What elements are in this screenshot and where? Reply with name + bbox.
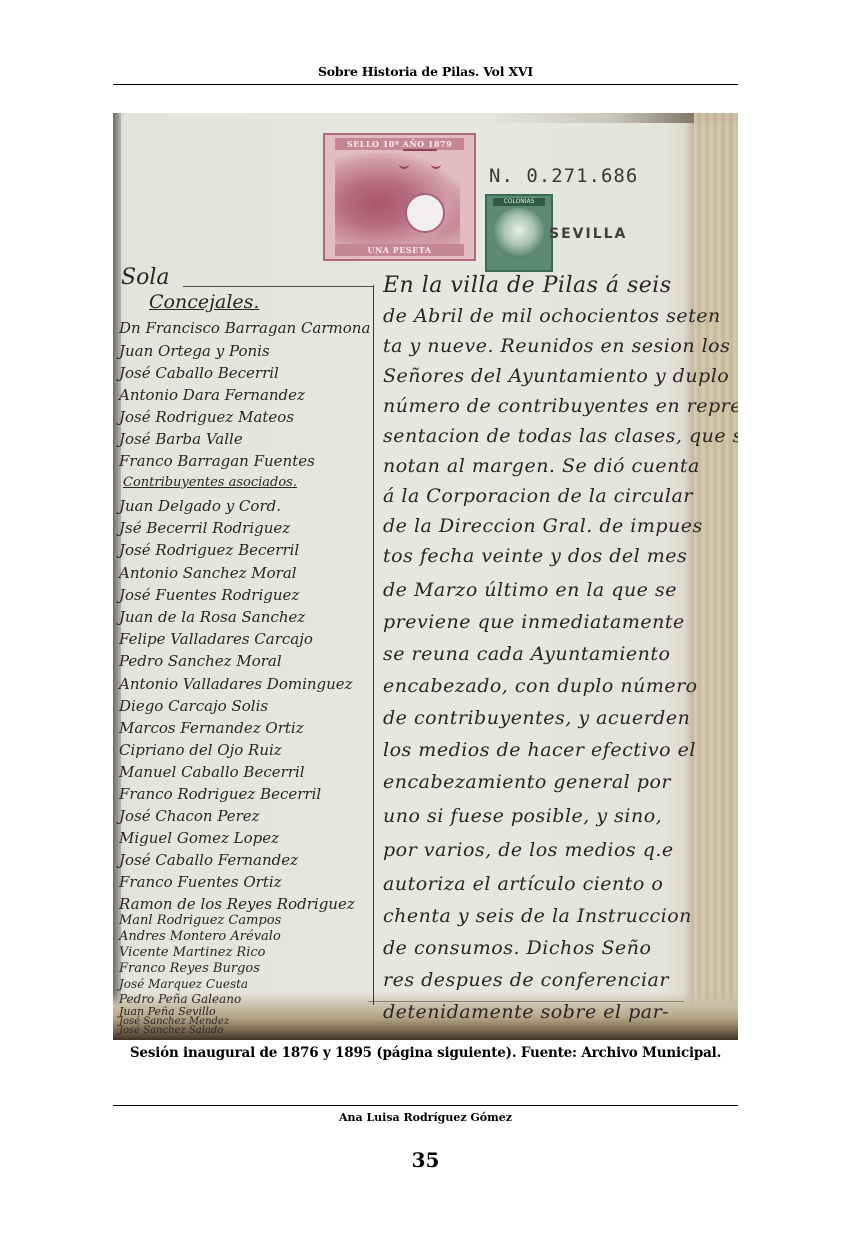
list-item: Juan Ortega y Ponis	[119, 342, 270, 360]
list-item: José Fuentes Rodriguez	[119, 586, 299, 604]
list-item: José Sanchez Salado	[119, 1025, 223, 1036]
minutes-line: chenta y seis de la Instruccion	[383, 905, 692, 927]
list-item: José Chacon Perez	[119, 807, 260, 825]
minutes-line: por varios, de los medios q.e	[383, 839, 674, 861]
minutes-line: Señores del Ayuntamiento y duplo	[383, 365, 729, 387]
minutes-line: encabezado, con duplo número	[383, 675, 698, 697]
list-item: Antonio Dara Fernandez	[119, 386, 305, 404]
list-item: Felipe Valladares Carcajo	[119, 630, 313, 648]
list-item: Diego Carcajo Solis	[119, 697, 268, 715]
stamp-punch-hole	[405, 193, 445, 233]
list-item: Ramon de los Reyes Rodriguez	[119, 895, 355, 913]
list-item: Cipriano del Ojo Ruiz	[119, 741, 282, 759]
list-item: Miguel Gomez Lopez	[119, 829, 279, 847]
scales-of-justice-icon	[403, 149, 437, 177]
minutes-line: de Abril de mil ochocientos seten	[383, 305, 721, 327]
list-item: José Caballo Becerril	[119, 364, 279, 382]
postmark-text: SEVILLA	[549, 226, 627, 242]
list-item: Andres Montero Arévalo	[119, 929, 281, 944]
green-postage-stamp: COLONIAS	[485, 194, 553, 272]
list-item: Franco Reyes Burgos	[119, 961, 260, 976]
list-item: Pedro Sanchez Moral	[119, 652, 282, 670]
figure-caption: Sesión inaugural de 1876 y 1895 (página …	[113, 1045, 738, 1061]
list-item: Pedro Peña Galeano	[119, 992, 241, 1006]
page-number: 35	[113, 1148, 738, 1172]
justice-figure-icon	[335, 153, 460, 245]
minutes-line: de consumos. Dichos Seño	[383, 937, 651, 959]
photo-top-shadow	[113, 113, 738, 123]
footer-rule	[113, 1105, 738, 1106]
list-item: Dn Francisco Barragan Carmona	[119, 319, 370, 337]
manuscript-photo: SELLO 10º AÑO 1879 UNA PESETA N. 0.271.6…	[113, 113, 738, 1040]
green-stamp-label: COLONIAS	[493, 198, 545, 206]
margin-vertical-rule	[373, 285, 374, 1005]
list-item: Antonio Sanchez Moral	[119, 564, 297, 582]
list-item: Jsé Becerril Rodriguez	[119, 519, 290, 537]
minutes-line: sentacion de todas las clases, que se	[383, 425, 738, 447]
minutes-line: previene que inmediatamente	[383, 611, 685, 633]
stamp-top-label: SELLO 10º AÑO 1879	[335, 138, 464, 150]
contributors-heading: Contribuyentes asociados.	[123, 475, 297, 490]
minutes-line: detenidamente sobre el par-	[383, 1001, 669, 1023]
list-item: José Caballo Fernandez	[119, 851, 298, 869]
list-item: Vicente Martinez Rico	[119, 945, 265, 960]
minutes-line: encabezamiento general por	[383, 771, 671, 793]
minutes-line: notan al margen. Se dió cuenta	[383, 455, 700, 477]
minutes-line: los medios de hacer efectivo el	[383, 739, 696, 761]
list-item: Franco Rodriguez Becerril	[119, 785, 321, 803]
list-item: José Rodriguez Mateos	[119, 408, 294, 426]
councillors-heading: Concejales.	[149, 291, 259, 313]
stacked-page-edges	[694, 113, 738, 1040]
minutes-line: de contribuyentes, y acuerden	[383, 707, 690, 729]
header-rule	[113, 84, 738, 85]
minutes-line: de Marzo último en la que se	[383, 579, 677, 601]
list-item: Manuel Caballo Becerril	[119, 763, 305, 781]
serial-number: N. 0.271.686	[489, 165, 638, 187]
list-item: Manl Rodriguez Campos	[119, 913, 281, 928]
list-item: José Rodriguez Becerril	[119, 541, 299, 559]
portrait-medallion-icon	[493, 208, 545, 258]
minutes-line: se reuna cada Ayuntamiento	[383, 643, 670, 665]
margin-heading: Sola	[121, 265, 169, 290]
footer-author: Ana Luisa Rodríguez Gómez	[113, 1111, 738, 1124]
minutes-line: número de contribuyentes en repre	[383, 395, 738, 417]
list-item: Juan de la Rosa Sanchez	[119, 608, 305, 626]
page-edge-shadow	[684, 113, 694, 1040]
list-item: Marcos Fernandez Ortiz	[119, 719, 304, 737]
minutes-line: En la villa de Pilas á seis	[383, 273, 672, 298]
list-item: José Barba Valle	[119, 430, 243, 448]
minutes-line: uno si fuese posible, y sino,	[383, 805, 662, 827]
minutes-line: ta y nueve. Reunidos en sesion los	[383, 335, 730, 357]
minutes-line: autoriza el artículo ciento o	[383, 873, 663, 895]
list-item: Franco Fuentes Ortiz	[119, 873, 282, 891]
minutes-line: tos fecha veinte y dos del mes	[383, 545, 687, 567]
minutes-line: res despues de conferenciar	[383, 969, 669, 991]
running-header-title: Sobre Historia de Pilas. Vol XVI	[113, 64, 738, 79]
margin-horizontal-rule	[183, 286, 373, 287]
minutes-line: á la Corporacion de la circular	[383, 485, 693, 507]
minutes-line: de la Direccion Gral. de impues	[383, 515, 703, 537]
list-item: Juan Delgado y Cord.	[119, 497, 281, 515]
list-item: Franco Barragan Fuentes	[119, 452, 315, 470]
stamp-bottom-label: UNA PESETA	[335, 244, 464, 256]
red-fiscal-stamp: SELLO 10º AÑO 1879 UNA PESETA	[323, 133, 476, 261]
list-item: José Marquez Cuesta	[119, 977, 248, 991]
list-item: Antonio Valladares Dominguez	[119, 675, 353, 693]
